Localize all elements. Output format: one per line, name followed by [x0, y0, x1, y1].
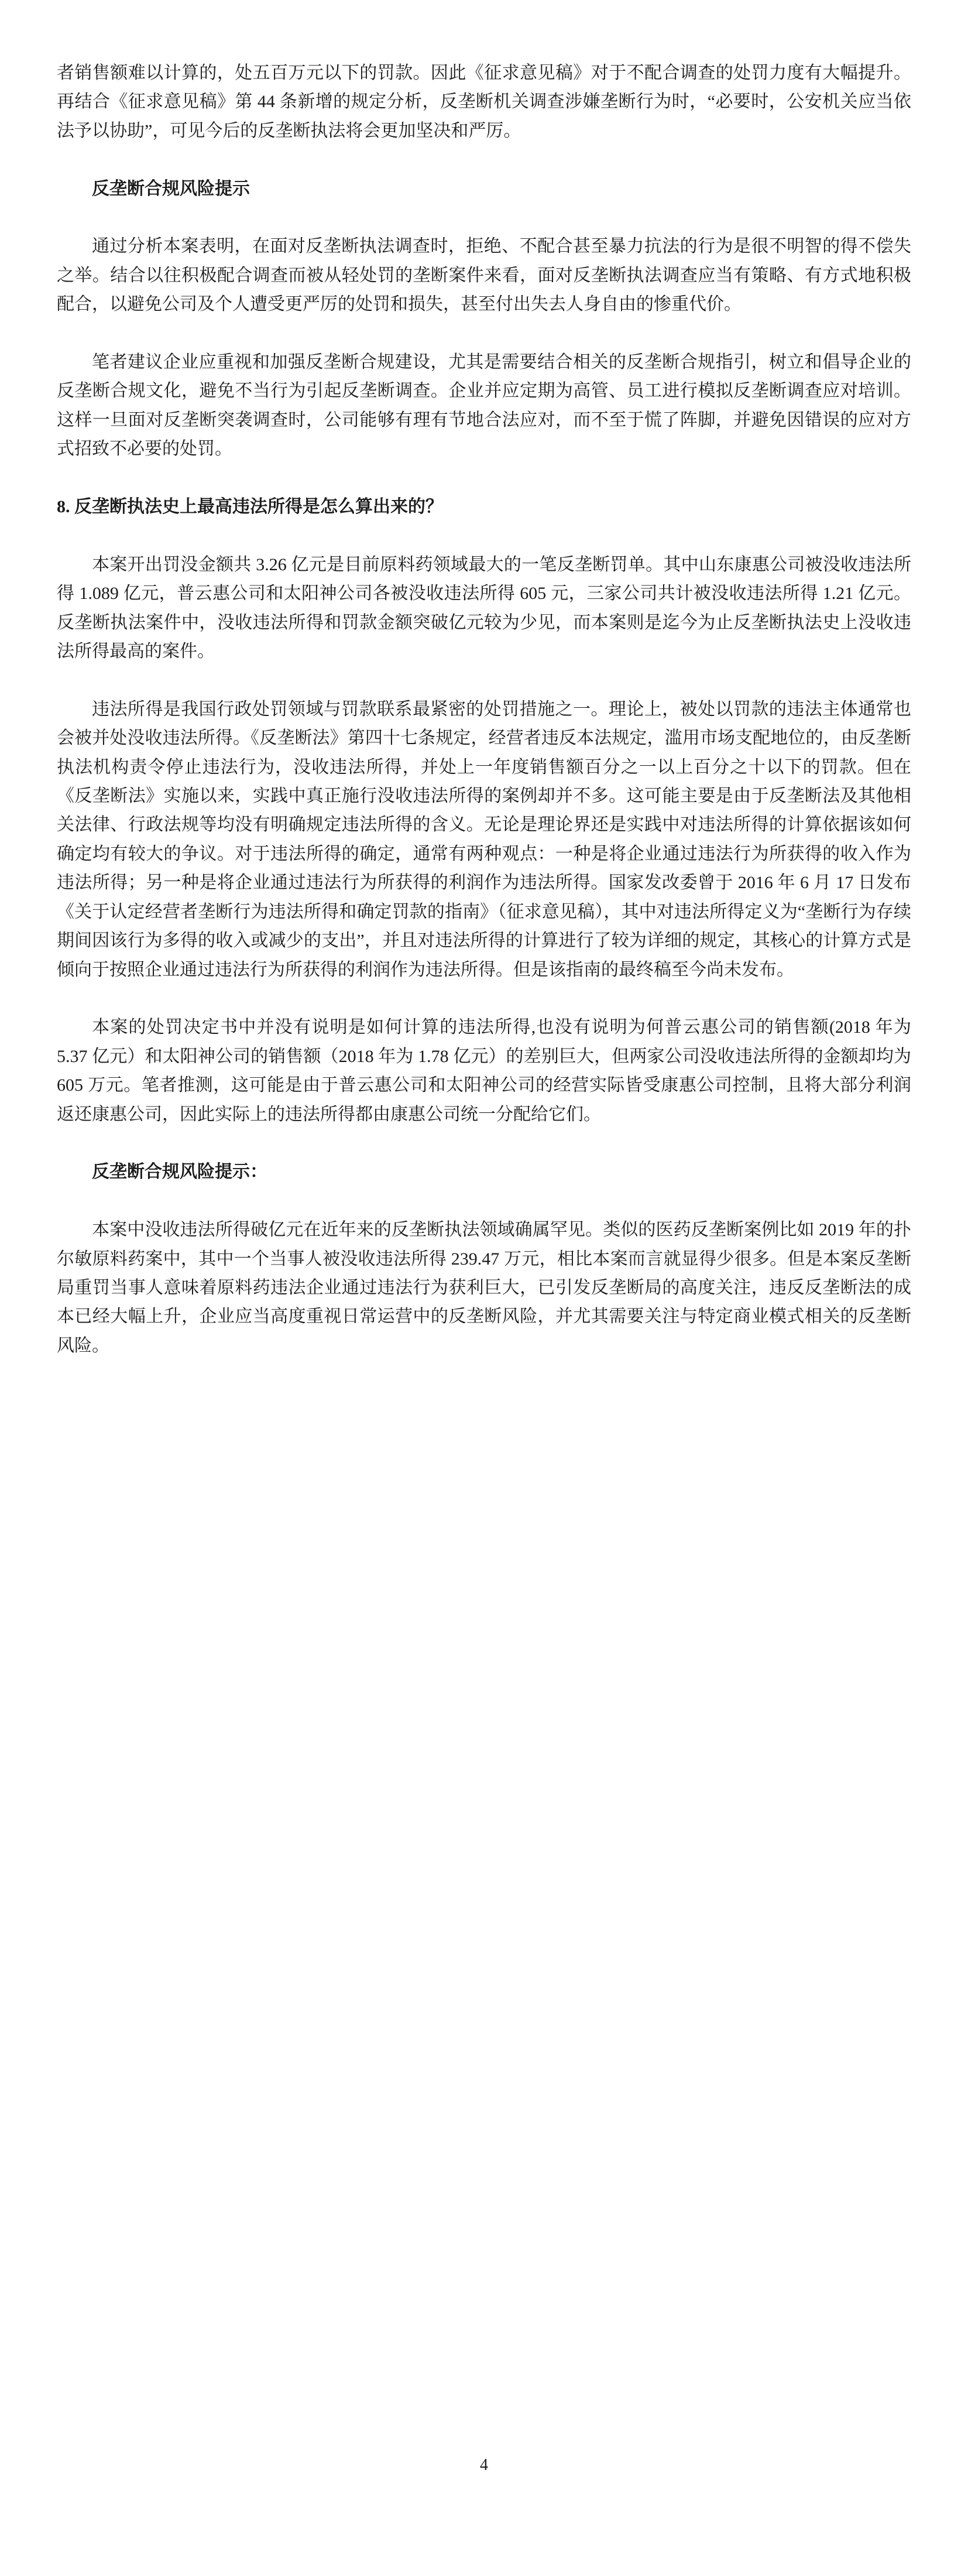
- section-heading-8: 8. 反垄断执法史上最高违法所得是怎么算出来的？: [57, 492, 911, 521]
- paragraph: 本案的处罚决定书中并没有说明是如何计算的违法所得,也没有说明为何普云惠公司的销售…: [57, 1013, 911, 1129]
- paragraph: 本案中没收违法所得破亿元在近年来的反垄断执法领域确属罕见。类似的医药反垄断案例比…: [57, 1215, 911, 1360]
- paragraph: 违法所得是我国行政处罚领域与罚款联系最紧密的处罚措施之一。理论上，被处以罚款的违…: [57, 695, 911, 984]
- paragraph: 笔者建议企业应重视和加强反垄断合规建设，尤其是需要结合相关的反垄断合规指引，树立…: [57, 348, 911, 464]
- document-page: 者销售额难以计算的，处五百万元以下的罚款。因此《征求意见稿》对于不配合调查的处罚…: [0, 0, 968, 2576]
- paragraph-continuation: 者销售额难以计算的，处五百万元以下的罚款。因此《征求意见稿》对于不配合调查的处罚…: [57, 59, 911, 145]
- risk-warning-heading-2: 反垄断合规风险提示：: [57, 1157, 911, 1186]
- paragraph: 本案开出罚没金额共 3.26 亿元是目前原料药领域最大的一笔反垄断罚单。其中山东…: [57, 550, 911, 666]
- risk-warning-heading-1: 反垄断合规风险提示: [57, 174, 911, 203]
- document-body: 者销售额难以计算的，处五百万元以下的罚款。因此《征求意见稿》对于不配合调查的处罚…: [57, 59, 911, 1360]
- page-number: 4: [0, 2455, 968, 2476]
- paragraph: 通过分析本案表明，在面对反垄断执法调查时，拒绝、不配合甚至暴力抗法的行为是很不明…: [57, 232, 911, 318]
